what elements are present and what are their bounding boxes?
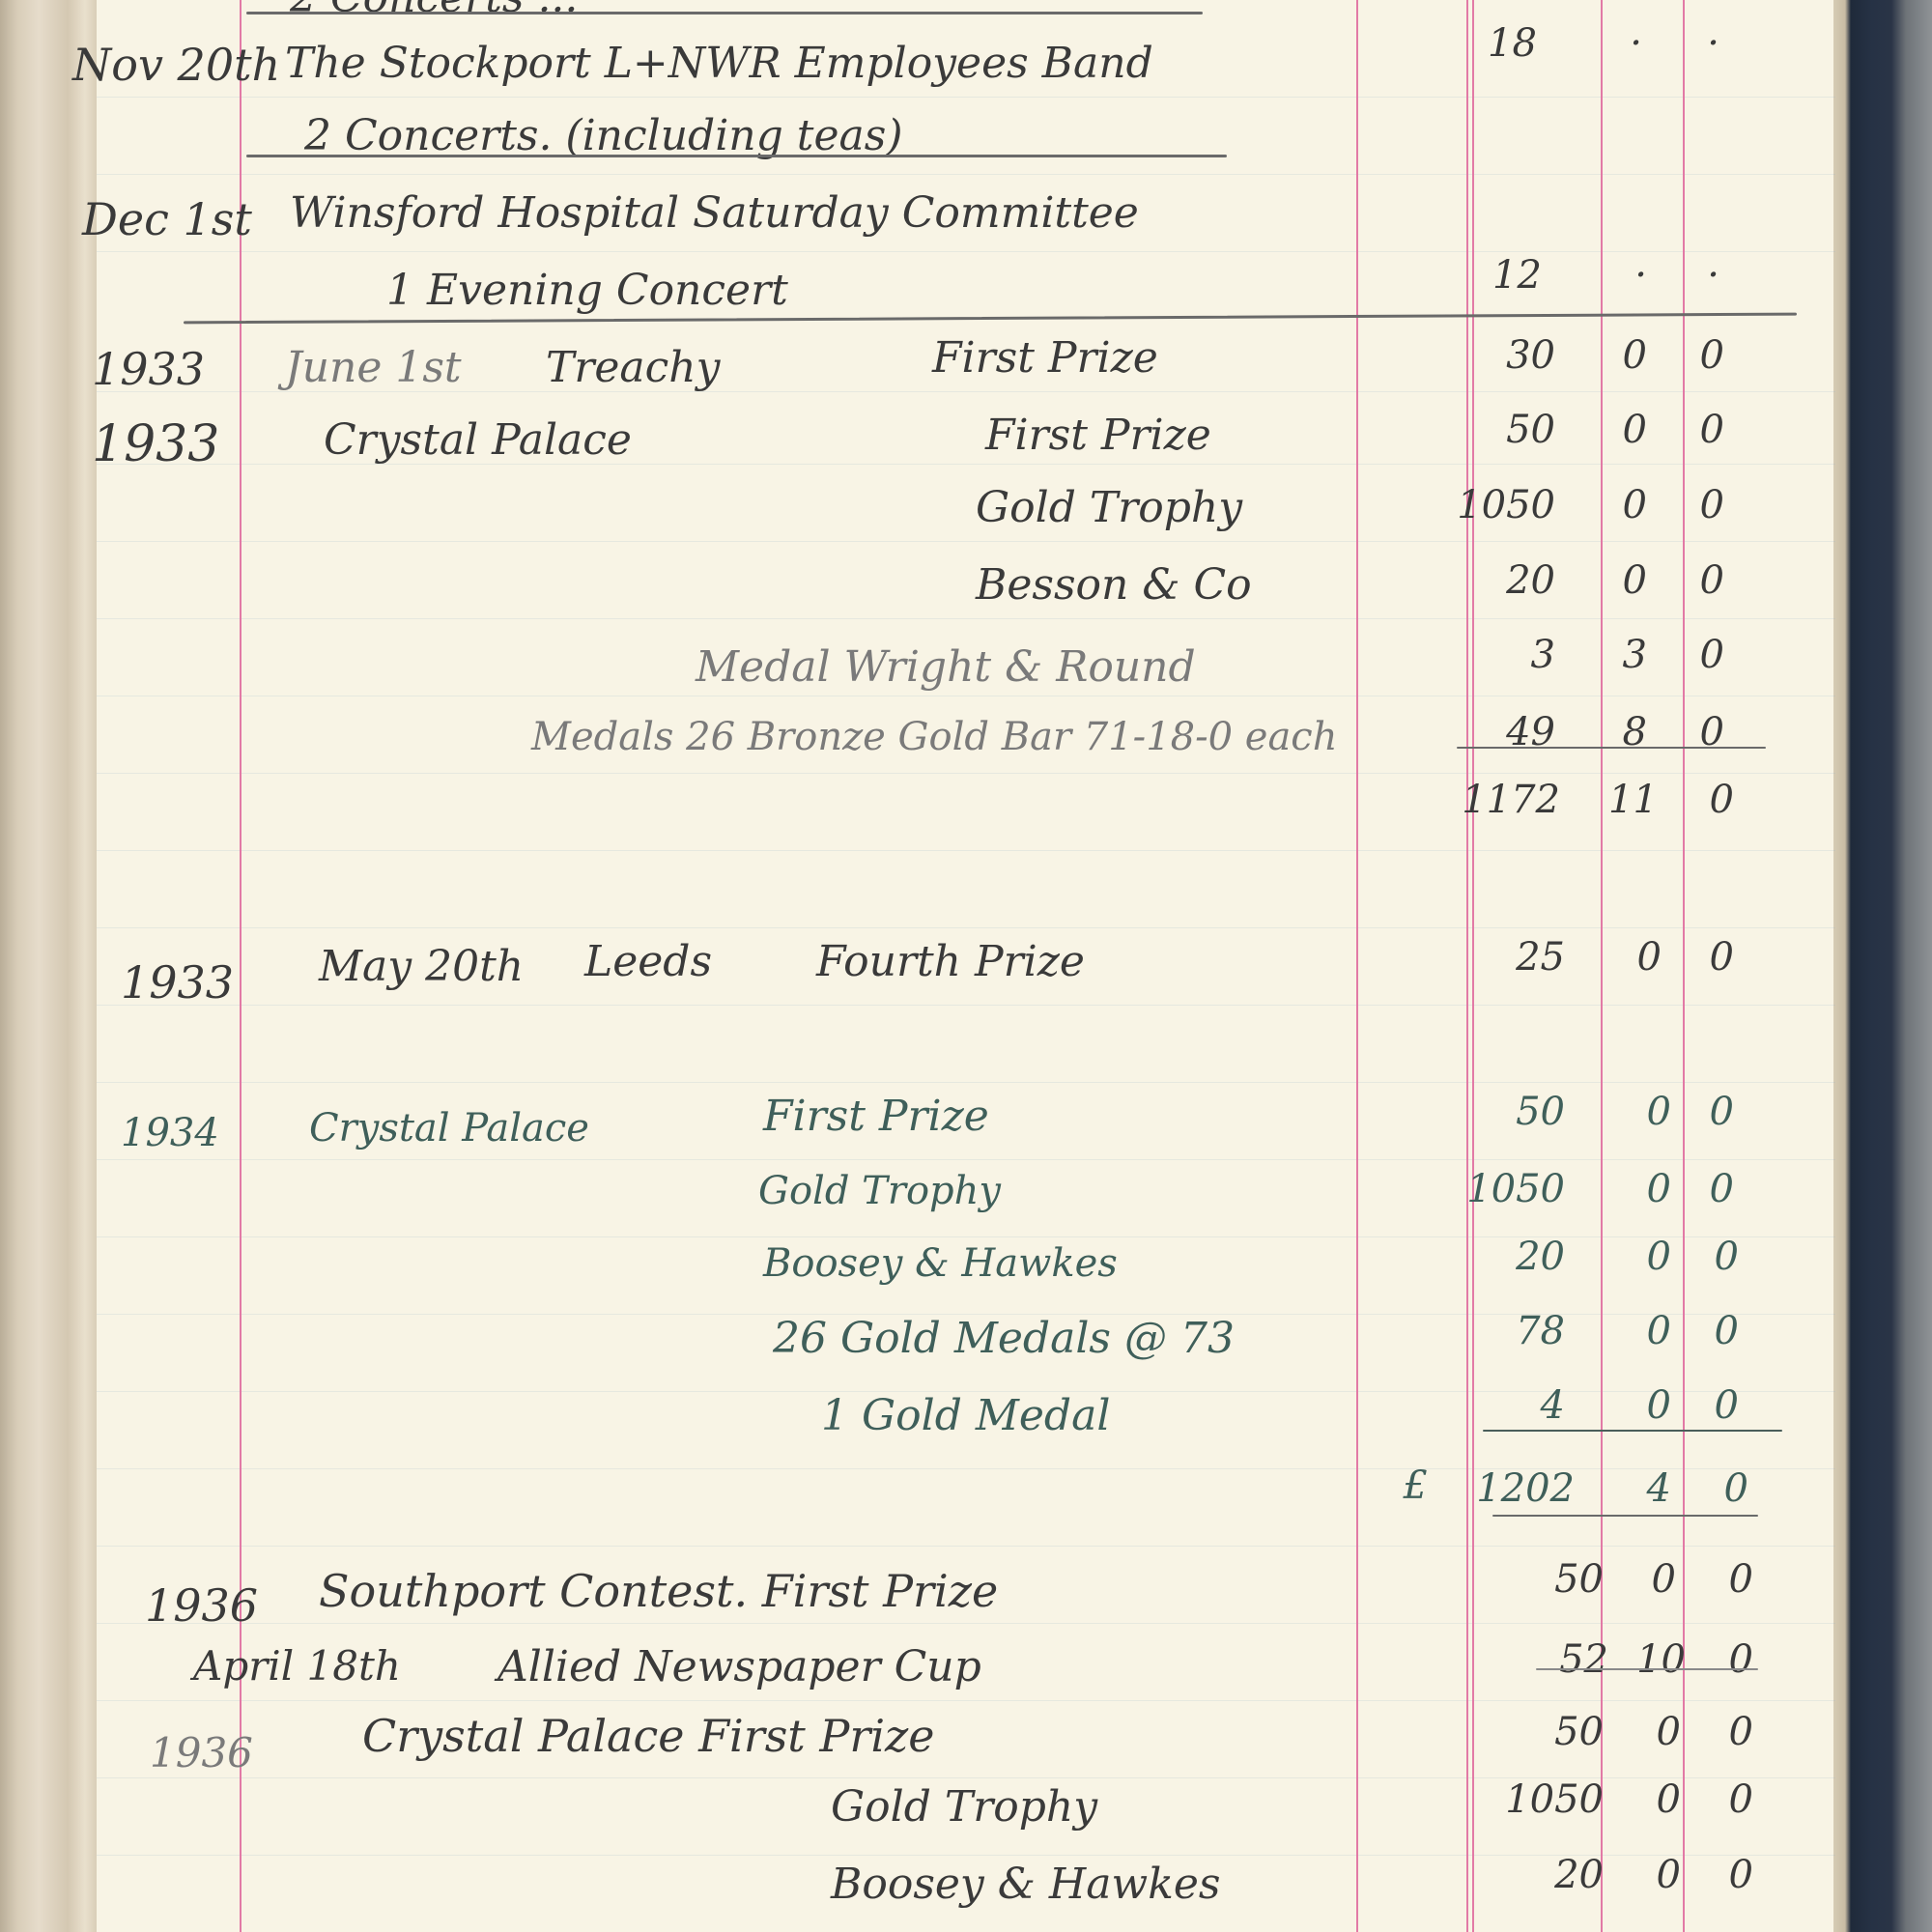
ruled-line [97,696,1835,696]
total-pounds: 1202 [1449,1466,1575,1511]
shillings-value: 10 [1633,1637,1686,1682]
subtotal-rule [1457,747,1766,749]
prize-item: First Prize [932,333,1158,383]
shillings-value: 0 [1637,1557,1676,1602]
ruled-line [97,1468,1835,1469]
pence-value: 0 [1686,558,1724,603]
pounds-value: 52 [1531,1637,1608,1682]
pounds-value: 50 [1526,1710,1604,1754]
subtotal-pence: 0 [1695,778,1734,822]
prize-item: First Prize [985,411,1211,460]
pounds-value: 78 [1488,1309,1565,1353]
pounds-value: 20 [1526,1853,1604,1897]
pounds-value: 25 [1488,935,1565,980]
ruled-line [97,927,1835,928]
prize-item: Gold Trophy [976,483,1242,532]
book-binding [0,0,97,1932]
pounds-value: 1050 [1473,1777,1604,1822]
shillings-value: · [1613,21,1642,66]
entry-date: Dec 1st [82,193,252,245]
contest-venue: Crystal Palace [324,415,632,465]
entry-date: May 20th [319,942,524,991]
pence-value: 0 [1700,1235,1739,1279]
shillings-value: 0 [1608,483,1647,527]
total-shillings: 4 [1633,1466,1671,1511]
shillings-value: 0 [1633,1167,1671,1211]
ruled-line [97,1623,1835,1624]
ruled-line [97,850,1835,851]
prize-item: Boosey & Hawkes [831,1860,1220,1909]
subtotal-pounds: 1172 [1454,778,1560,822]
entry-description-line2: 1 Evening Concert [386,266,788,315]
shillings-value: 0 [1633,1309,1671,1353]
prize-item: Fourth Prize [816,937,1085,986]
pence-value: · [1690,21,1719,66]
pounds-column-rule-double [1472,0,1474,1932]
pounds-value: 50 [1478,408,1555,452]
shillings-value: 0 [1633,1383,1671,1428]
entry-year: 1936 [145,1579,258,1632]
pounds-value: 20 [1488,1235,1565,1279]
prize-description: Allied Newspaper Cup [497,1642,981,1691]
shillings-value: 3 [1608,633,1647,677]
prize-item: 1 Gold Medal [821,1391,1110,1440]
entry-separator [246,12,1203,14]
entry-year: 1933 [92,415,219,473]
ruled-line [97,618,1835,619]
contest-venue: Treachy [546,343,721,392]
shillings-value: 0 [1642,1853,1681,1897]
entry-description: The Stockport L+NWR Employees Band [285,39,1153,88]
pounds-value: 20 [1478,558,1555,603]
pence-value: 0 [1686,483,1724,527]
ruled-line [97,174,1835,175]
contest-venue: Crystal Palace [309,1106,589,1151]
entry-description-line2: 2 Concerts. (including teas) [304,111,902,160]
pence-value: 0 [1715,1853,1753,1897]
pounds-value: 1050 [1439,483,1555,527]
pounds-value: 30 [1478,333,1555,378]
pence-value: 0 [1715,1637,1753,1682]
pence-value: 0 [1700,1383,1739,1428]
entry-date: Nov 20th [72,39,280,91]
shillings-value: 0 [1642,1777,1681,1822]
pounds-value: 50 [1526,1557,1604,1602]
pence-value: 0 [1686,408,1724,452]
pence-value: 0 [1715,1777,1753,1822]
pence-value: 0 [1686,633,1724,677]
pound-sign: £ [1399,1463,1428,1508]
pence-value: 0 [1715,1710,1753,1754]
pounds-value: 50 [1488,1090,1565,1134]
description-column-rule [1356,0,1358,1932]
pence-value: 0 [1695,1090,1734,1134]
ruled-line [97,541,1835,542]
total-pence: 0 [1710,1466,1748,1511]
prize-description: Crystal Palace First Prize [362,1710,935,1762]
prize-item: Besson & Co [976,560,1252,610]
prize-item: Boosey & Hawkes [763,1241,1118,1286]
ruled-line [97,1546,1835,1547]
shillings-value: 0 [1623,935,1662,980]
pence-value: · [1690,253,1719,298]
prize-item: Gold Trophy [831,1782,1097,1832]
ruled-line [97,1236,1835,1237]
entry-description: Winsford Hospital Saturday Committee [290,188,1139,238]
pounds-value: 3 [1478,633,1555,677]
pence-value: 0 [1715,1557,1753,1602]
pounds-value: 4 [1488,1383,1565,1428]
prize-item: 26 Gold Medals @ 73 [773,1314,1235,1363]
shillings-value: 0 [1633,1090,1671,1134]
entry-year: 1936 [150,1729,253,1776]
pence-value: 0 [1700,1309,1739,1353]
shillings-value: 0 [1642,1710,1681,1754]
shillings-value: · [1618,253,1647,298]
ruled-line [97,1005,1835,1006]
prize-item: Medals 26 Bronze Gold Bar 71-18-0 each [531,715,1337,759]
subtotal-shillings: 11 [1608,778,1647,822]
ruled-line [97,773,1835,774]
subtotal-rule [1536,1668,1758,1670]
subtotal-rule [1483,1430,1782,1432]
pence-value: 0 [1695,1167,1734,1211]
pounds-column-rule [1466,0,1468,1932]
book-cover-edge [1833,0,1932,1932]
shillings-value: 0 [1608,558,1647,603]
entry-year: 1933 [92,343,205,395]
entry-year: 1934 [121,1111,219,1155]
entry-separator [246,155,1227,157]
prize-item: Gold Trophy [758,1169,1001,1213]
total-double-rule [1492,1515,1758,1517]
pounds-value: 12 [1492,253,1579,298]
pounds-value: 1050 [1459,1167,1565,1211]
prize-item: Medal Wright & Round [696,642,1196,692]
pence-value: 0 [1686,333,1724,378]
shillings-value: 0 [1608,408,1647,452]
ruled-line [97,251,1835,252]
shillings-value: 0 [1608,333,1647,378]
entry-date: June 1st [285,343,462,392]
pence-value: 0 [1695,935,1734,980]
contest-venue: Leeds [584,937,712,986]
ruled-line [97,97,1835,98]
prize-item: First Prize [763,1092,989,1141]
prize-description: Southport Contest. First Prize [319,1565,998,1617]
entry-date: April 18th [193,1642,401,1690]
ruled-line [97,1700,1835,1701]
shillings-value: 0 [1633,1235,1671,1279]
ruled-line [97,1082,1835,1083]
pounds-value: 18 [1488,21,1575,66]
entry-year: 1933 [121,956,234,1009]
ruled-line [97,1159,1835,1160]
